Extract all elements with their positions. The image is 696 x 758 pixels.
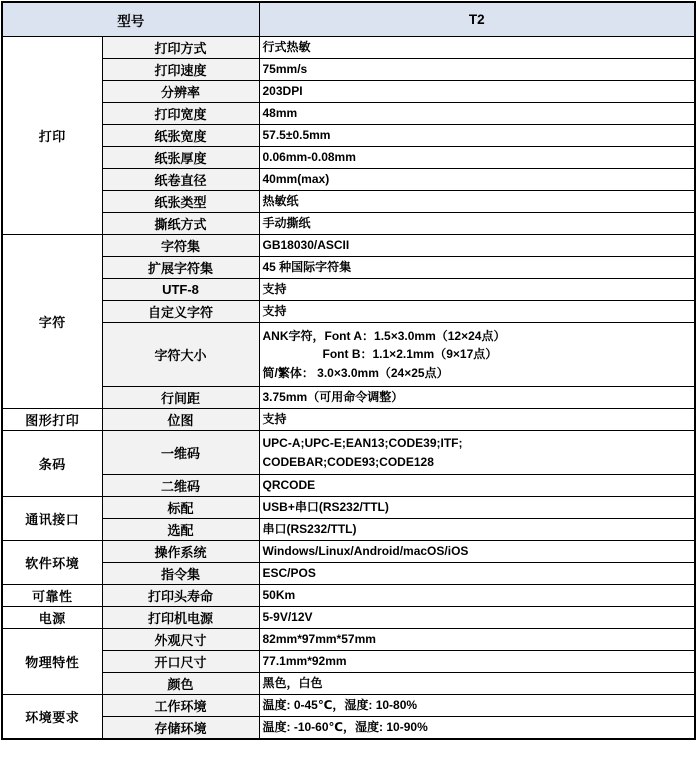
spec-value-cell: 82mm*97mm*57mm — [259, 629, 695, 651]
spec-value-cell: 黑色，白色 — [259, 673, 695, 695]
table-row: 物理特性 外观尺寸 82mm*97mm*57mm — [2, 629, 695, 651]
table-row: 撕纸方式 手动撕纸 — [2, 213, 695, 235]
table-row: 图形打印 位图 支持 — [2, 409, 695, 431]
spec-value-cell: ANK字符，Font A：1.5×3.0mm（12×24点） Font B：1.… — [259, 323, 695, 387]
category-cell-physical: 物理特性 — [2, 629, 102, 695]
spec-label-cell: 自定义字符 — [102, 301, 259, 323]
table-row: 打印速度 75mm/s — [2, 59, 695, 81]
table-row: 通讯接口 标配 USB+串口(RS232/TTL) — [2, 497, 695, 519]
spec-value-cell: 203DPI — [259, 81, 695, 103]
spec-label-cell: 打印宽度 — [102, 103, 259, 125]
category-cell-barcode: 条码 — [2, 431, 102, 497]
spec-label-cell: 扩展字符集 — [102, 257, 259, 279]
spec-value-cell: 50Km — [259, 585, 695, 607]
table-row: 条码 一维码 UPC-A;UPC-E;EAN13;CODE39;ITF; COD… — [2, 431, 695, 475]
spec-value-cell: Windows/Linux/Android/macOS/iOS — [259, 541, 695, 563]
spec-value-cell: 热敏纸 — [259, 191, 695, 213]
spec-label-cell: 存储环境 — [102, 717, 259, 740]
spec-value-cell: 支持 — [259, 279, 695, 301]
table-row: 纸张类型 热敏纸 — [2, 191, 695, 213]
spec-value-cell: 75mm/s — [259, 59, 695, 81]
model-value-header-cell: T2 — [259, 2, 695, 37]
spec-label-cell: 分辨率 — [102, 81, 259, 103]
table-row: 打印宽度 48mm — [2, 103, 695, 125]
category-cell-software: 软件环境 — [2, 541, 102, 585]
spec-value-cell: 支持 — [259, 409, 695, 431]
spec-label-cell: 标配 — [102, 497, 259, 519]
spec-value-cell: 行式热敏 — [259, 37, 695, 59]
table-header-row: 型号 T2 — [2, 2, 695, 37]
spec-value-cell: 77.1mm*92mm — [259, 651, 695, 673]
spec-label-cell: 撕纸方式 — [102, 213, 259, 235]
table-row: 二维码 QRCODE — [2, 475, 695, 497]
spec-value-cell: 57.5±0.5mm — [259, 125, 695, 147]
category-cell-print: 打印 — [2, 37, 102, 235]
table-row: 软件环境 操作系统 Windows/Linux/Android/macOS/iO… — [2, 541, 695, 563]
spec-label-cell: 开口尺寸 — [102, 651, 259, 673]
spec-label-cell: 字符大小 — [102, 323, 259, 387]
spec-label-cell: 打印机电源 — [102, 607, 259, 629]
table-row: 字符 字符集 GB18030/ASCII — [2, 235, 695, 257]
category-cell-character: 字符 — [2, 235, 102, 409]
spec-label-cell: 颜色 — [102, 673, 259, 695]
spec-label-cell: 纸卷直径 — [102, 169, 259, 191]
table-row: 纸卷直径 40mm(max) — [2, 169, 695, 191]
spec-label-cell: 一维码 — [102, 431, 259, 475]
spec-label-cell: 指令集 — [102, 563, 259, 585]
spec-label-cell: 外观尺寸 — [102, 629, 259, 651]
spec-table: 型号 T2 打印 打印方式 行式热敏 打印速度 75mm/s 分辨率 203DP… — [1, 1, 696, 740]
model-header-cell: 型号 — [2, 2, 259, 37]
spec-label-cell: 字符集 — [102, 235, 259, 257]
spec-value-cell: 温度: -10-60℃，湿度: 10-90% — [259, 717, 695, 740]
category-cell-graphics: 图形打印 — [2, 409, 102, 431]
spec-label-cell: 打印头寿命 — [102, 585, 259, 607]
spec-value-cell: 45 种国际字符集 — [259, 257, 695, 279]
table-row: 指令集 ESC/POS — [2, 563, 695, 585]
spec-value-cell: USB+串口(RS232/TTL) — [259, 497, 695, 519]
table-row: 颜色 黑色，白色 — [2, 673, 695, 695]
table-row: 环境要求 工作环境 温度: 0-45℃，湿度: 10-80% — [2, 695, 695, 717]
spec-value-cell: 3.75mm（可用命令调整） — [259, 387, 695, 409]
spec-label-cell: 纸张类型 — [102, 191, 259, 213]
table-row: 字符大小 ANK字符，Font A：1.5×3.0mm（12×24点） Font… — [2, 323, 695, 387]
spec-label-cell: UTF-8 — [102, 279, 259, 301]
table-row: 扩展字符集 45 种国际字符集 — [2, 257, 695, 279]
spec-value-cell: 串口(RS232/TTL) — [259, 519, 695, 541]
spec-label-cell: 打印方式 — [102, 37, 259, 59]
spec-value-cell: 0.06mm-0.08mm — [259, 147, 695, 169]
spec-label-cell: 纸张宽度 — [102, 125, 259, 147]
table-row: 电源 打印机电源 5-9V/12V — [2, 607, 695, 629]
spec-label-cell: 选配 — [102, 519, 259, 541]
spec-value-cell: QRCODE — [259, 475, 695, 497]
category-cell-interface: 通讯接口 — [2, 497, 102, 541]
table-row: 可靠性 打印头寿命 50Km — [2, 585, 695, 607]
spec-value-cell: 支持 — [259, 301, 695, 323]
spec-value-cell: GB18030/ASCII — [259, 235, 695, 257]
spec-sheet-page: { "colors": { "header_bg": "#dce3f0", "l… — [0, 1, 696, 758]
spec-value-cell: 40mm(max) — [259, 169, 695, 191]
spec-label-cell: 纸张厚度 — [102, 147, 259, 169]
spec-label-cell: 位图 — [102, 409, 259, 431]
table-row: 打印 打印方式 行式热敏 — [2, 37, 695, 59]
spec-label-cell: 工作环境 — [102, 695, 259, 717]
spec-label-cell: 操作系统 — [102, 541, 259, 563]
spec-value-cell: 48mm — [259, 103, 695, 125]
table-row: 自定义字符 支持 — [2, 301, 695, 323]
category-cell-environment: 环境要求 — [2, 695, 102, 740]
spec-value-cell: UPC-A;UPC-E;EAN13;CODE39;ITF; CODEBAR;CO… — [259, 431, 695, 475]
category-cell-reliability: 可靠性 — [2, 585, 102, 607]
spec-value-cell: 温度: 0-45℃，湿度: 10-80% — [259, 695, 695, 717]
spec-label-cell: 行间距 — [102, 387, 259, 409]
table-row: 存储环境 温度: -10-60℃，湿度: 10-90% — [2, 717, 695, 740]
table-row: UTF-8 支持 — [2, 279, 695, 301]
table-row: 开口尺寸 77.1mm*92mm — [2, 651, 695, 673]
spec-value-cell: 5-9V/12V — [259, 607, 695, 629]
spec-value-cell: ESC/POS — [259, 563, 695, 585]
spec-label-cell: 打印速度 — [102, 59, 259, 81]
spec-label-cell: 二维码 — [102, 475, 259, 497]
table-row: 分辨率 203DPI — [2, 81, 695, 103]
table-row: 选配 串口(RS232/TTL) — [2, 519, 695, 541]
table-row: 纸张厚度 0.06mm-0.08mm — [2, 147, 695, 169]
table-row: 行间距 3.75mm（可用命令调整） — [2, 387, 695, 409]
table-row: 纸张宽度 57.5±0.5mm — [2, 125, 695, 147]
category-cell-power: 电源 — [2, 607, 102, 629]
spec-value-cell: 手动撕纸 — [259, 213, 695, 235]
